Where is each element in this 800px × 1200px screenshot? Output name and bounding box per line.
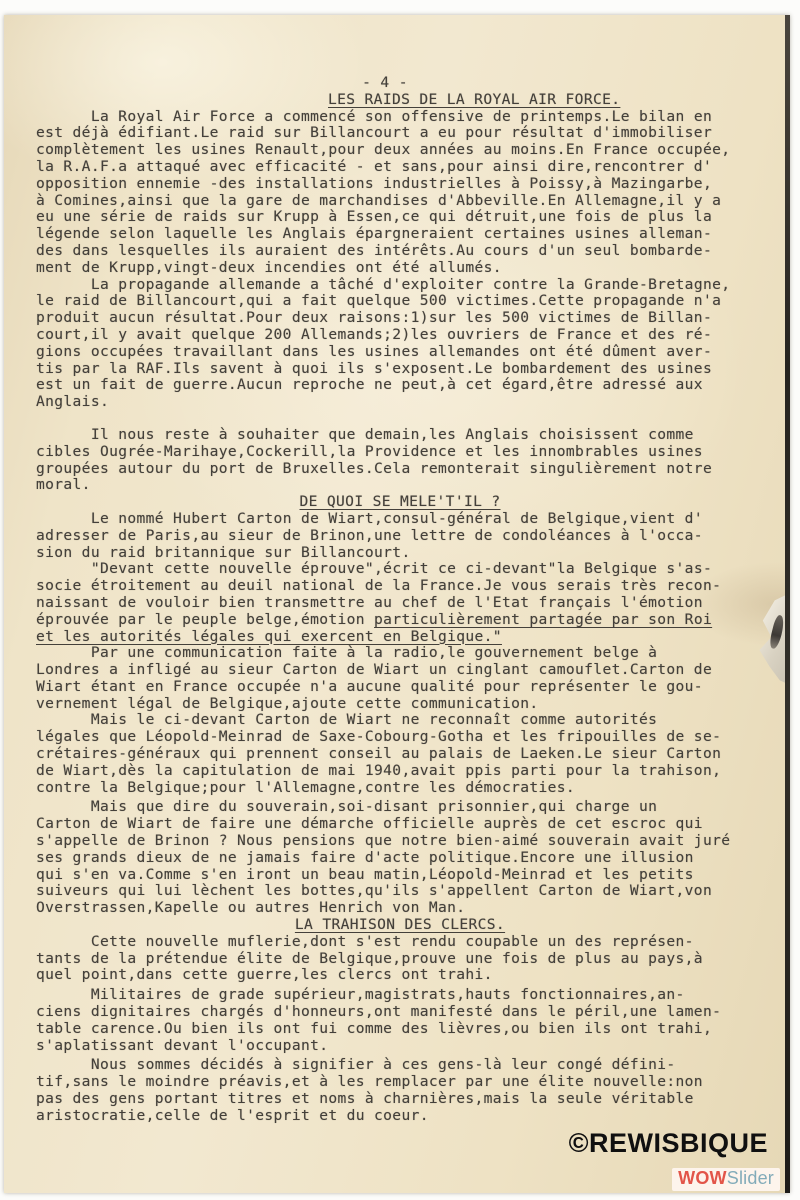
paragraph-communication-radio: Par une communication faite à la radio,l…	[36, 645, 764, 712]
paragraph-souhait-cibles: Il nous reste à souhaiter que demain,les…	[36, 427, 764, 494]
page-number: - 4 -	[36, 75, 764, 92]
wowslider-wow-text: WOW	[678, 1168, 727, 1188]
paper-edge-shadow	[785, 15, 790, 1193]
paragraph-autorites-legales: Mais le ci-devant Carton de Wiart ne rec…	[36, 712, 764, 796]
section-title-de-quoi-se-mele: DE QUOI SE MELE'T'IL ?	[36, 494, 764, 511]
paragraph-lettre-citation: "Devant cette nouvelle éprouve",écrit ce…	[36, 561, 764, 645]
paragraph-conge-definitif: Nous sommes décidés à signifier à ces ge…	[36, 1057, 764, 1124]
paragraph-militaires: Militaires de grade supérieur,magistrats…	[36, 987, 764, 1054]
paragraph-muflerie: Cette nouvelle muflerie,dont s'est rendu…	[36, 934, 764, 984]
section-title-raf-raids: LES RAIDS DE LA ROYAL AIR FORCE.	[36, 92, 764, 109]
copyright-watermark: ©REWISBIQUE	[569, 1128, 768, 1159]
paragraph-propagande: La propagande allemande a tâché d'exploi…	[36, 277, 764, 411]
typewritten-content: - 4 - LES RAIDS DE LA ROYAL AIR FORCE. L…	[4, 15, 790, 1125]
wowslider-watermark: WOWSlider	[672, 1168, 780, 1191]
paragraph-souverain: Mais que dire du souverain,soi-disant pr…	[36, 799, 764, 917]
wowslider-slider-text: Slider	[727, 1168, 774, 1188]
section-title-trahison-clercs: LA TRAHISON DES CLERCS.	[36, 917, 764, 934]
scanned-page: - 4 - LES RAIDS DE LA ROYAL AIR FORCE. L…	[4, 15, 790, 1193]
paragraph-carton-de-wiart: Le nommé Hubert Carton de Wiart,consul-g…	[36, 511, 764, 561]
paragraph-raf-offensive: La Royal Air Force a commencé son offens…	[36, 109, 764, 277]
